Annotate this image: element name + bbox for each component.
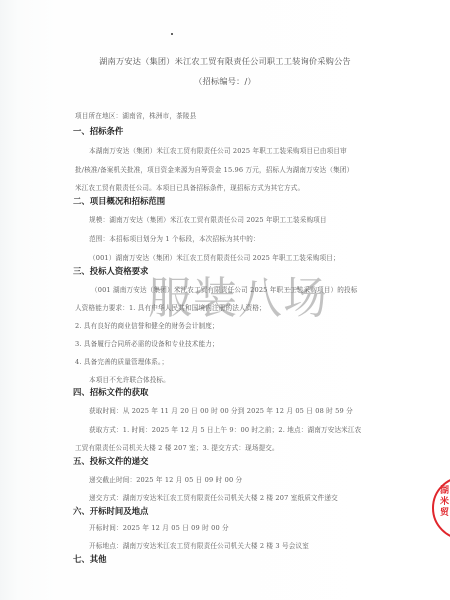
scan-speck [171, 33, 173, 35]
section-2-line-1: 规模：湖南万安达（集团）米江农工贸有限责任公司 2025 年职工工装采购项目 [89, 214, 327, 224]
section-1-line-2: 批/核准/备案机关批准，项目资金来源为自筹资金 15.96 万元，招标人为湖南万… [75, 164, 353, 174]
document-title: 湖南万安达（集团）米江农工贸有限责任公司职工工装询价采购公告 [0, 56, 450, 67]
section-2-line-3: （001）湖南万安达（集团）米江农工贸有限责任公司 2025 年职工工装采购项目… [89, 252, 340, 262]
section-3-line-5: 4. 具备完善的质量管理体系。； [75, 356, 168, 366]
section-heading-3: 三、投标人资格要求 [73, 265, 148, 277]
watermark-text: 服装八场 [148, 262, 328, 326]
section-4-line-1: 获取时间：从 2025 年 11 月 20 日 00 时 00 分到 2025 … [89, 405, 353, 415]
section-6-line-1: 开标时间：2025 年 12 月 05 日 09 时 00 分 [89, 522, 229, 532]
document-page: 湖南万安达（集团）米江农工贸有限责任公司职工工装询价采购公告 （招标编号：/） … [0, 0, 450, 600]
section-heading-7: 七、其他 [73, 553, 107, 565]
official-seal-stamp: 湖米贸 [432, 476, 450, 540]
section-3-line-6: 本项目不允许联合体投标。 [89, 374, 170, 384]
section-1-line-3: 米江农工贸有限责任公司。本项目已具备招标条件，现招标方式为其它方式。 [75, 182, 304, 192]
section-heading-4: 四、招标文件的获取 [73, 386, 148, 398]
section-3-line-3: 2. 具有良好的商业信誉和健全的财务会计制度； [75, 320, 219, 330]
document-subtitle: （招标编号：/） [0, 76, 450, 87]
section-3-line-2: 人资格能力要求：1. 具有中华人民共和国境内注册的法人资格； [75, 302, 266, 312]
section-4-line-2: 获取方式：1. 时间：2025 年 12 月 5 日上午 9：00 时之前；2.… [89, 424, 361, 434]
section-6-line-2: 开标地点：湖南万安达米江农工贸有限责任公司机关大楼 2 楼 3 号会议室 [89, 540, 309, 550]
project-location: 项目所在地区：湖南省，株洲市，茶陵县 [75, 110, 196, 120]
section-4-line-3: 工贸有限责任公司机关大楼 2 楼 207 室；3. 提交方式：现场提交。 [75, 442, 279, 452]
section-2-line-2: 范围：本招标项目划分为 1 个标段，本次招标为其中的： [89, 233, 260, 243]
section-5-line-2: 递交方式：湖南万安达米江农工贸有限责任公司机关大楼 2 楼 207 室纸质文件递… [89, 492, 338, 502]
section-3-line-4: 3. 具备履行合同所必需的设备和专业技术能力； [75, 338, 219, 348]
section-heading-6: 六、开标时间及地点 [73, 505, 148, 517]
section-heading-5: 五、投标文件的递交 [73, 455, 148, 467]
section-3-line-1: （001 湖南万安达（集团）米江农工贸有限责任公司 2025 年职工工装采购项目… [91, 284, 357, 294]
section-5-line-1: 递交截止时间：2025 年 12 月 05 日 09 时 00 分 [89, 474, 242, 484]
seal-text: 湖米贸 [440, 486, 450, 519]
section-heading-2: 二、项目概况和招标范围 [73, 195, 165, 207]
section-1-line-1: 本湖南万安达（集团）米江农工贸有限责任公司 2025 年职工工装采购项目已由项目… [89, 145, 347, 155]
section-heading-1: 一、招标条件 [73, 125, 123, 137]
